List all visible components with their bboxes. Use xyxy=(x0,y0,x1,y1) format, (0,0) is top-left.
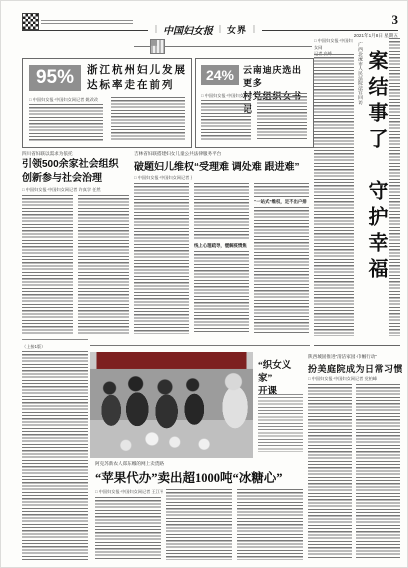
headline-court: 案结事了 守护幸福 xyxy=(362,50,391,334)
article-diqing: 24% 云南迪庆选出更多 村党组织女书记 □ 中国妇女报·中国妇女网记者 周玉林 xyxy=(195,58,314,148)
byline-sichuan: □ 中国妇女报·中国妇女网记者 许真学 任然 xyxy=(22,187,130,193)
body-text xyxy=(22,351,88,560)
caption-title-line: “织女义家” xyxy=(258,360,304,386)
editors-credit-line xyxy=(41,20,133,24)
byline-jilin: □ 中国妇女报·中国妇女网记者 贾莹莹 xyxy=(134,175,192,181)
kicker-jilin: 吉林省妇联搭建妇女儿童公共法律服务平台 xyxy=(134,151,312,157)
stat-95-percent: 95% xyxy=(29,65,81,91)
body-text xyxy=(254,207,309,334)
photo-caption-text xyxy=(258,394,303,452)
divider-rule xyxy=(314,345,400,346)
masthead: ｜ 中国妇女报 ｜ 女界 ｜ xyxy=(148,22,262,37)
headline-line: 引领500余家社会组织 xyxy=(22,158,132,172)
headline-line: 浙江杭州妇儿发展 xyxy=(87,63,189,78)
byline-courtyard: □ 中国妇女报·中国妇女网记者 党柏峰 xyxy=(308,376,400,382)
body-text xyxy=(134,183,189,334)
newspaper-page: ｜ 中国妇女报 ｜ 女界 ｜ 3 2021年1月8日 星期五 95% 浙江杭州妇… xyxy=(0,0,408,568)
byline-line: □ 中国妇女报·中国妇女网 xyxy=(314,38,356,51)
divider-rule xyxy=(90,345,310,346)
masthead-logo: 中国妇女报 xyxy=(163,22,213,37)
divider-rule xyxy=(22,339,88,340)
body-text xyxy=(356,384,400,560)
body-text xyxy=(95,497,161,560)
body-text xyxy=(29,104,103,141)
headline-apple: “苹果代办”卖出超1000吨“冰糖心” xyxy=(95,468,309,486)
body-text xyxy=(308,384,352,560)
byline-diqing: □ 中国妇女报·中国妇女网记者 周玉林 xyxy=(201,93,253,99)
headline-line: 云南迪庆选出更多 xyxy=(243,64,311,90)
section-title: 女界 xyxy=(227,23,247,36)
body-text xyxy=(254,183,309,197)
stat-24-percent: 24% xyxy=(201,65,239,85)
body-text xyxy=(257,93,307,141)
body-text xyxy=(314,54,354,336)
photo-caption-title: “织女义家” 开课 xyxy=(258,360,304,398)
body-text xyxy=(194,251,249,334)
article-hangzhou: 95% 浙江杭州妇儿发展 达标率走在前列 □ 中国妇女报·中国妇女网记者 姚改改 xyxy=(22,58,192,148)
body-text xyxy=(389,38,400,336)
date: 2021年1月8日 xyxy=(354,33,383,38)
headline-sichuan: 引领500余家社会组织 创新参与社会治理 xyxy=(22,158,132,185)
page-number: 3 xyxy=(392,12,399,28)
headline-courtyard: 扮美庭院成为日常习惯 xyxy=(308,362,402,375)
body-text xyxy=(111,97,185,141)
kicker-apple: 阿克苏新农人郑东娜的网上卖货路 xyxy=(95,461,255,467)
headline-jilin: 破题妇儿维权“受理难 调处难 跟进难” xyxy=(134,158,312,173)
body-text xyxy=(194,183,249,240)
headline-line: 达标率走在前列 xyxy=(87,78,189,93)
kicker-courtyard: 陕西城固推进“清洁家园·巾帼行动” xyxy=(308,354,400,360)
byline-hangzhou: □ 中国妇女报·中国妇女网记者 姚改改 xyxy=(29,97,105,103)
subhead-jilin-1: 线上心理疏导，缓解疫情焦虑 xyxy=(194,243,249,249)
body-text xyxy=(237,489,303,560)
headline-line: 创新参与社会治理 xyxy=(22,172,132,186)
subhead-jilin-2: “一站式”维权，足不出户排忧解难 xyxy=(254,199,309,205)
media-fusion-badge-icon xyxy=(150,39,165,54)
body-text xyxy=(201,100,251,141)
byline-apple: □ 中国妇女报·中国妇女网记者 王江平 xyxy=(95,489,163,495)
kicker-sichuan: 四川省妇联以需求为依托 xyxy=(22,151,128,157)
body-text xyxy=(166,489,232,560)
headline-hangzhou: 浙江杭州妇儿发展 达标率走在前列 xyxy=(87,63,189,92)
masthead-separator: ｜ xyxy=(152,24,160,35)
body-text xyxy=(22,195,73,334)
news-photo xyxy=(90,352,253,458)
qr-code-icon xyxy=(22,13,39,30)
masthead-separator: ｜ xyxy=(216,24,224,35)
continued-from-note: （上接1版） xyxy=(22,344,88,350)
body-text xyxy=(78,195,129,334)
masthead-separator: ｜ xyxy=(250,24,258,35)
